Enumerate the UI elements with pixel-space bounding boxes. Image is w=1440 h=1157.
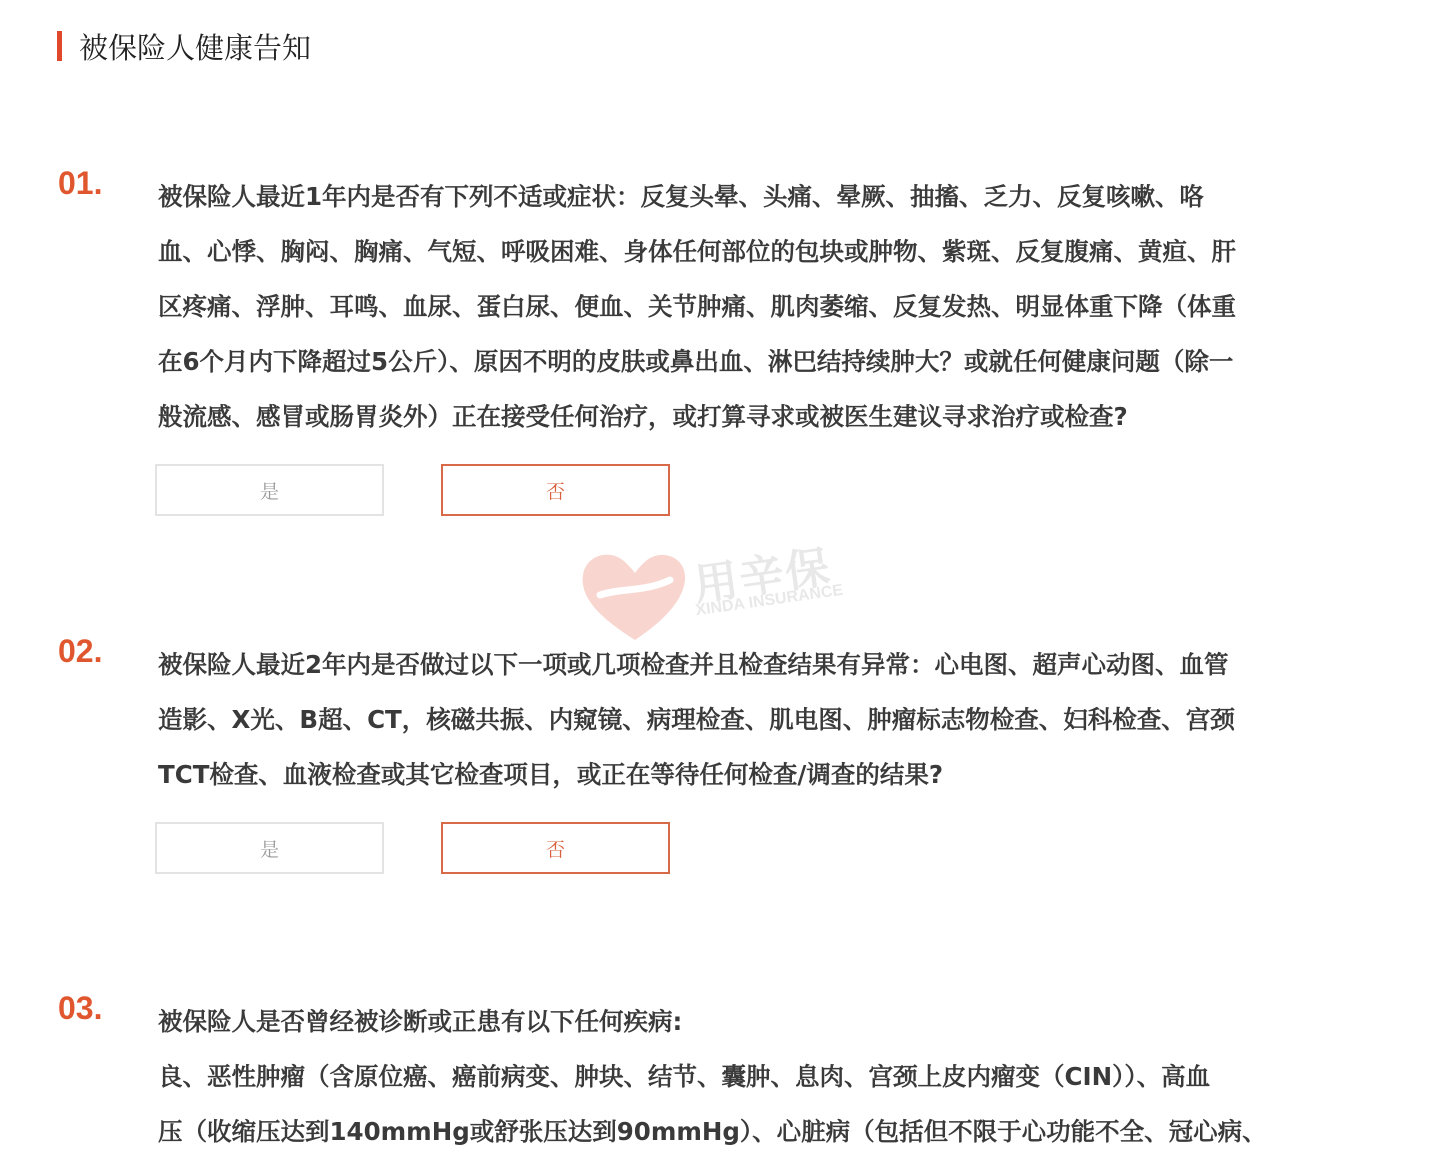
heart-hug-icon [575,540,695,650]
question-number: 03. [58,990,102,1027]
question-text-line: 被保险人最近1年内是否有下列不适或症状：反复头晕、头痛、晕厥、抽搐、乏力、反复咳… [158,169,1383,224]
question-text-line: 被保险人最近2年内是否做过以下一项或几项检查并且检查结果有异常：心电图、超声心动… [158,637,1383,692]
question-number: 01. [58,165,102,202]
section-accent-bar [57,31,62,61]
watermark: 用辛保 XINDA INSURANCE [575,540,875,650]
question-text-line: 压（收缩压达到140mmHg或舒张压达到90mmHg）、心脏病（包括但不限于心功… [158,1104,1383,1157]
question-text-line: 良、恶性肿瘤（含原位癌、癌前病变、肿块、结节、囊肿、息肉、宫颈上皮内瘤变（CIN… [158,1049,1383,1104]
section-header: 被保险人健康告知 [57,28,311,64]
question-text-line: 区疼痛、浮肿、耳鸣、血尿、蛋白尿、便血、关节肿痛、肌肉萎缩、反复发热、明显体重下… [158,279,1383,334]
option-no-button[interactable]: 否 [441,822,670,874]
option-no-button[interactable]: 否 [441,464,670,516]
question-number: 02. [58,633,102,670]
watermark-subtitle: XINDA INSURANCE [694,582,844,621]
question-text-line: TCT检查、血液检查或其它检查项目，或正在等待任何检查/调查的结果? [158,747,1383,802]
question-02-options: 是 否 [155,822,670,874]
question-text-line: 被保险人是否曾经被诊断或正患有以下任何疾病: [158,994,1383,1049]
question-text-line: 般流感、感冒或肠胃炎外）正在接受任何治疗，或打算寻求或被医生建议寻求治疗或检查? [158,389,1383,444]
option-yes-button[interactable]: 是 [155,464,384,516]
question-text: 被保险人是否曾经被诊断或正患有以下任何疾病: 良、恶性肿瘤（含原位癌、癌前病变、… [158,994,1383,1157]
question-text-line: 造影、X光、B超、CT，核磁共振、内窥镜、病理检查、肌电图、肿瘤标志物检查、妇科… [158,692,1383,747]
watermark-brand: 用辛保 [689,531,835,614]
question-text-line: 在6个月内下降超过5公斤）、原因不明的皮肤或鼻出血、淋巴结持续肿大？或就任何健康… [158,334,1383,389]
option-yes-button[interactable]: 是 [155,822,384,874]
section-title: 被保险人健康告知 [79,26,311,67]
question-01-options: 是 否 [155,464,670,516]
question-text: 被保险人最近1年内是否有下列不适或症状：反复头晕、头痛、晕厥、抽搐、乏力、反复咳… [158,169,1383,444]
question-text: 被保险人最近2年内是否做过以下一项或几项检查并且检查结果有异常：心电图、超声心动… [158,637,1383,802]
question-text-line: 血、心悸、胸闷、胸痛、气短、呼吸困难、身体任何部位的包块或肿物、紫斑、反复腹痛、… [158,224,1383,279]
